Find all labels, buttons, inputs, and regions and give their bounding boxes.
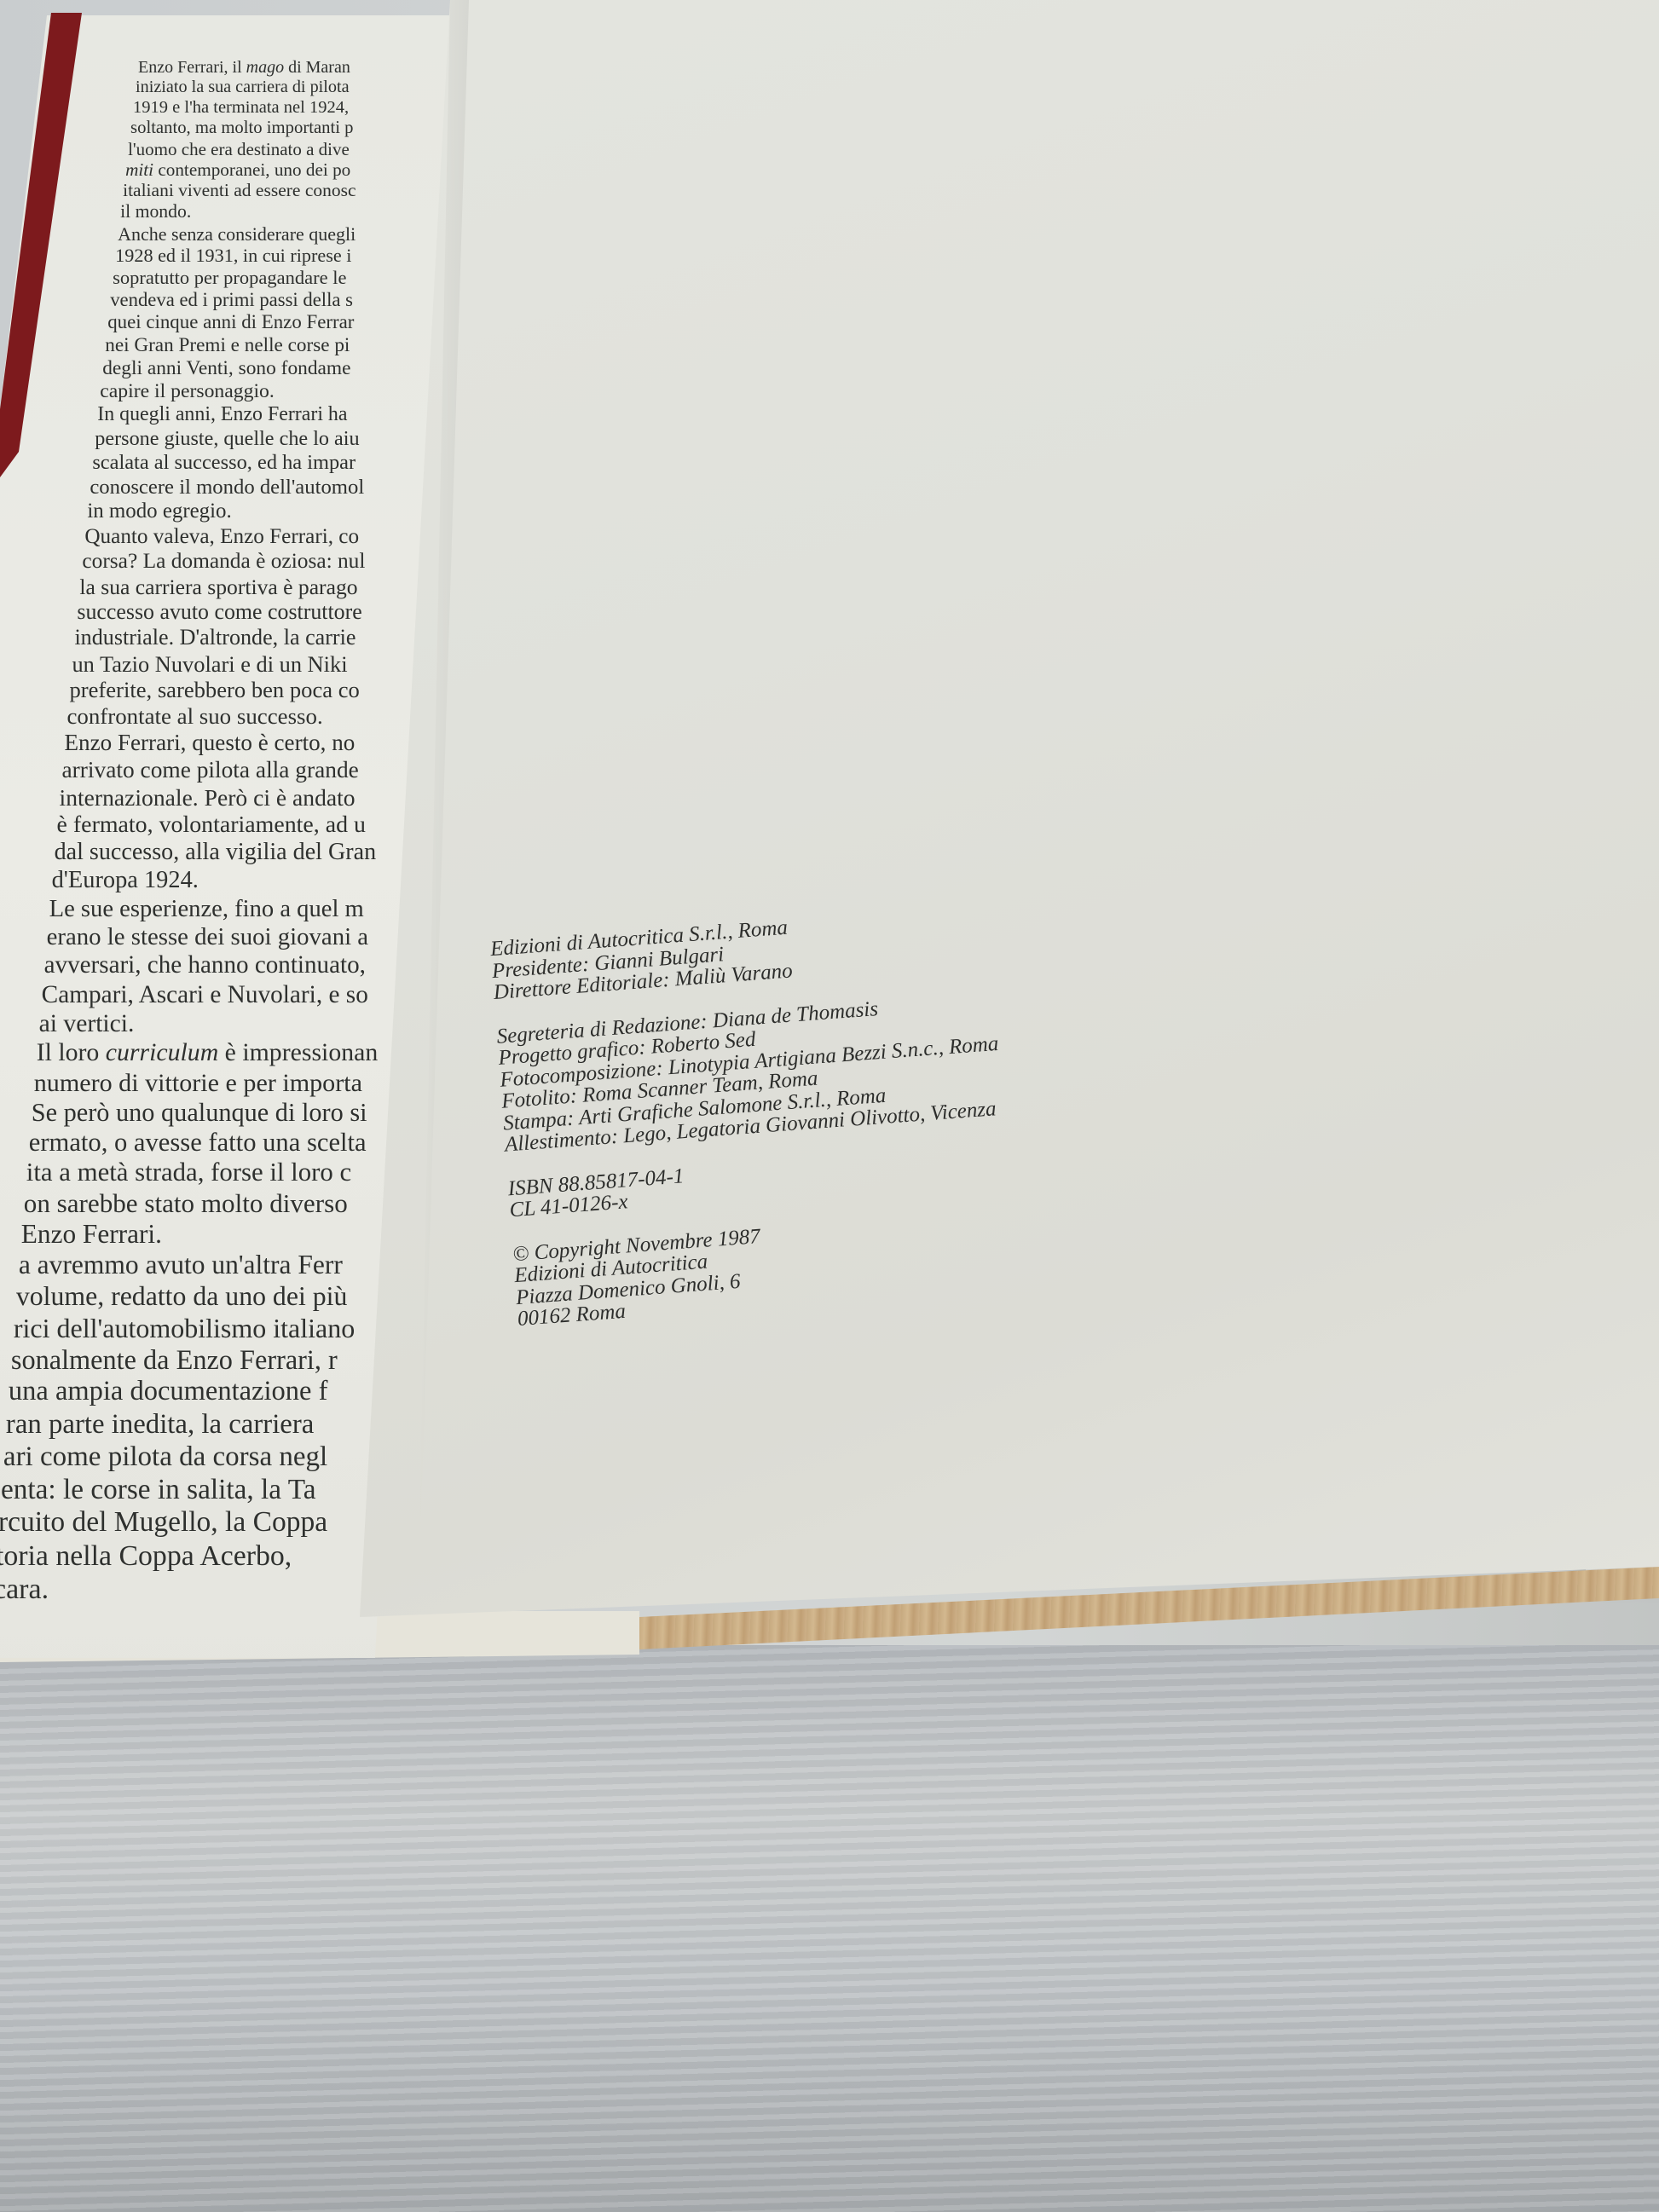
flap-text-line: soltanto, ma molto importanti p xyxy=(130,118,446,138)
flap-text-line: on sarebbe stato molto diverso xyxy=(24,1188,383,1219)
flap-text-line: cara. xyxy=(0,1573,365,1606)
flap-text-line: una ampia documentazione f xyxy=(9,1376,374,1408)
flap-text-line: Anche senza considerare quegli xyxy=(118,223,438,245)
flap-text-line: In quegli anni, Enzo Ferrari ha xyxy=(97,403,426,427)
flap-text-line: scalata al successo, ed ha impar xyxy=(92,451,423,475)
flap-text-line: è fermato, volontariamente, ad u xyxy=(57,811,402,839)
colophon-text: Edizioni di Autocritica S.r.l., Roma Pre… xyxy=(489,892,1165,1331)
flap-text-line: Le sue esperienze, fino a quel m xyxy=(49,895,398,923)
flap-text-line: rcuito del Mugello, la Coppa xyxy=(0,1506,368,1539)
flap-text-line: industriale. D'altronde, la carrie xyxy=(74,625,413,650)
flap-text-line: dal successo, alla vigilia del Gran xyxy=(55,839,402,867)
flap-text-line: confrontate al suo successo. xyxy=(66,703,408,730)
flap-text-line: ai vertici. xyxy=(39,1009,392,1038)
flap-text-line: d'Europa 1924. xyxy=(52,867,400,895)
flap-text-line: erano le stesse dei suoi giovani a xyxy=(47,923,396,952)
flap-text-line: un Tazio Nuvolari e di un Niki xyxy=(72,651,411,678)
flap-text-line: l'uomo che era destinato a dive xyxy=(128,139,444,159)
flap-text-line: iniziato la sua carriera di pilota xyxy=(136,78,448,98)
flap-text-line: a avremmo avuto un'altra Ferr xyxy=(19,1250,380,1281)
flap-text-line: conoscere il mondo dell'automol xyxy=(90,476,421,500)
flap-text-line: ermato, o avesse fatto una scelta xyxy=(29,1128,386,1158)
flap-text-line: successo avuto come costruttore xyxy=(77,599,413,625)
flap-text-line: ari come pilota da corsa negl xyxy=(3,1441,371,1473)
flap-text-line: sonalmente da Enzo Ferrari, r xyxy=(11,1344,375,1376)
flap-text-line: in modo egregio. xyxy=(87,500,420,524)
flap-text-line: sopratutto per propagandare le xyxy=(113,267,435,289)
flap-text-line: numero di vittorie e per importa xyxy=(34,1068,389,1098)
flap-text-line: Se però uno qualunque di loro si xyxy=(32,1098,388,1128)
flap-text-line: Enzo Ferrari, questo è certo, no xyxy=(65,730,408,757)
flap-text-line: vendeva ed i primi passi della s xyxy=(110,289,434,311)
flap-text-line: la sua carriera sportiva è parago xyxy=(79,575,415,600)
flap-text-line: nei Gran Premi e nelle corse pi xyxy=(105,334,431,357)
flap-text-line: rici dell'automobilismo italiano xyxy=(14,1313,377,1344)
flap-text-line: volume, redatto da uno dei più xyxy=(16,1281,379,1313)
flap-text-line: 1928 ed il 1931, in cui riprese i xyxy=(115,245,436,267)
flap-text-line: Campari, Ascari e Nuvolari, e so xyxy=(42,980,394,1009)
flap-text-line: 1919 e l'ha terminata nel 1924, xyxy=(133,98,447,118)
flap-text-line: ran parte inedita, la carriera xyxy=(6,1408,373,1441)
flap-text-line: miti contemporanei, uno dei po xyxy=(125,159,442,181)
flap-text-line: degli anni Venti, sono fondame xyxy=(102,357,429,380)
flap-text-line: Enzo Ferrari. xyxy=(21,1219,381,1250)
flap-text-line: persone giuste, quelle che lo aiu xyxy=(95,427,425,451)
table-surface xyxy=(0,1645,1659,2212)
flap-text-line: Enzo Ferrari, il mago di Maran xyxy=(138,58,450,78)
flap-text-line: Il loro curriculum è impressionan xyxy=(37,1038,390,1068)
flap-text-line: internazionale. Però ci è andato xyxy=(60,784,404,811)
flap-text-line: toria nella Coppa Acerbo, xyxy=(0,1539,367,1573)
flap-text-line: capire il personaggio. xyxy=(100,380,427,404)
flap-text-line: quei cinque anni di Enzo Ferrar xyxy=(107,311,432,334)
flap-text-line: avversari, che hanno continuato, xyxy=(44,951,395,980)
flap-text-line: il mondo. xyxy=(120,201,440,222)
flap-text-line: corsa? La domanda è oziosa: nul xyxy=(82,549,417,575)
flap-text-line: italiani viventi ad essere conosc xyxy=(123,180,441,201)
flap-text-line: ita a metà strada, forse il loro c xyxy=(26,1158,384,1188)
flap-text-line: enta: le corse in salita, la Ta xyxy=(1,1474,369,1507)
flap-text-line: Quanto valeva, Enzo Ferrari, co xyxy=(84,524,419,549)
flap-text-line: preferite, sarebbero ben poca co xyxy=(69,677,409,703)
flap-text-line: arrivato come pilota alla grande xyxy=(62,757,406,784)
